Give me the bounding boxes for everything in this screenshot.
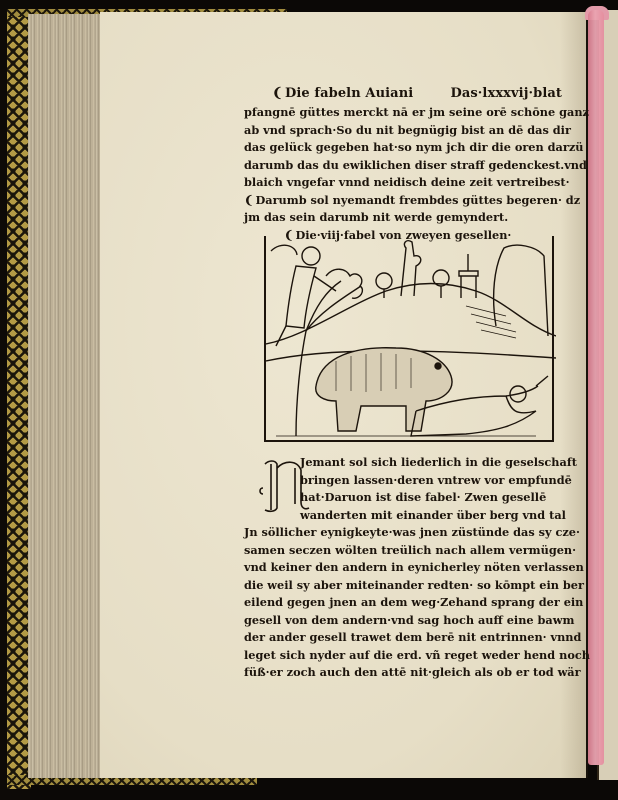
text-line: jm das sein darumb nit werde gemyndert. bbox=[244, 209, 564, 227]
running-head-left: ❨Die fabeln Auiani bbox=[272, 86, 413, 101]
woodcut-illustration bbox=[264, 236, 554, 442]
running-head: ❨Die fabeln Auiani Das·lxxxvij·blat bbox=[272, 86, 562, 106]
text-line: leget sich nyder auf die erd. vñ reget w… bbox=[244, 647, 564, 665]
folio-number: Das·lxxxvij·blat bbox=[450, 86, 562, 101]
text-line-with-pilcrow: ❨Darumb sol nyemandt frembdes güttes beg… bbox=[244, 192, 564, 210]
text-line: füß·er zoch auch den attē nit·gleich als… bbox=[244, 664, 564, 682]
pilcrow-icon: ❨ bbox=[272, 86, 283, 101]
text-line: ab vnd sprach·So du nit begnügig bist an… bbox=[244, 122, 564, 140]
text-line: vnd keiner den andern in eynicherley nöt… bbox=[244, 559, 564, 577]
text-line: eilend gegen jnen an dem weg·Zehand spra… bbox=[244, 594, 564, 612]
rock bbox=[494, 245, 548, 336]
woodcut-drawing bbox=[266, 236, 556, 442]
page-edges-stack bbox=[28, 14, 102, 778]
text-line: Jemant sol sich liederlich in die gesels… bbox=[244, 454, 564, 472]
text-line: blaich vngefar vnnd neidisch deine zeit … bbox=[244, 174, 564, 192]
text-block-bottom: Jemant sol sich liederlich in die gesels… bbox=[244, 454, 564, 682]
bare-trunk bbox=[401, 241, 421, 296]
text-line: das gelück gegeben hat·so nym jch dir di… bbox=[244, 139, 564, 157]
bookmark-ribbon[interactable] bbox=[588, 10, 604, 765]
running-head-left-text: Die fabeln Auiani bbox=[285, 86, 413, 101]
pilcrow-icon: ❨ bbox=[244, 193, 253, 207]
text-line-with-pilcrow: hat·Daruon ist dise fabel· Zwen gesellē bbox=[244, 489, 564, 507]
text-line: darumb das du ewiklichen diser straff ge… bbox=[244, 157, 564, 175]
text-block-top: pfangnē güttes merckt nā er jm seine orē… bbox=[244, 104, 564, 244]
text-line: bringen lassen·deren vntrew vor empfundē bbox=[244, 472, 564, 490]
text-line: wanderten mit einander über berg vnd tal bbox=[244, 507, 564, 525]
text-line: die weil sy aber miteinander redten· so … bbox=[244, 577, 564, 595]
text-line: der ander gesell trawet dem berē nit ent… bbox=[244, 629, 564, 647]
man-head bbox=[302, 247, 320, 265]
text-line: samen seczen wölten treülich nach allem … bbox=[244, 542, 564, 560]
text-line: gesell von dem andern·vnd sag hoch auff … bbox=[244, 612, 564, 630]
text-line: Jn söllicher eynigkeyte·was jnen züstünd… bbox=[244, 524, 564, 542]
text-line: pfangnē güttes merckt nā er jm seine orē… bbox=[244, 104, 564, 122]
text-line-content: Darumb sol nyemandt frembdes güttes bege… bbox=[255, 193, 580, 207]
